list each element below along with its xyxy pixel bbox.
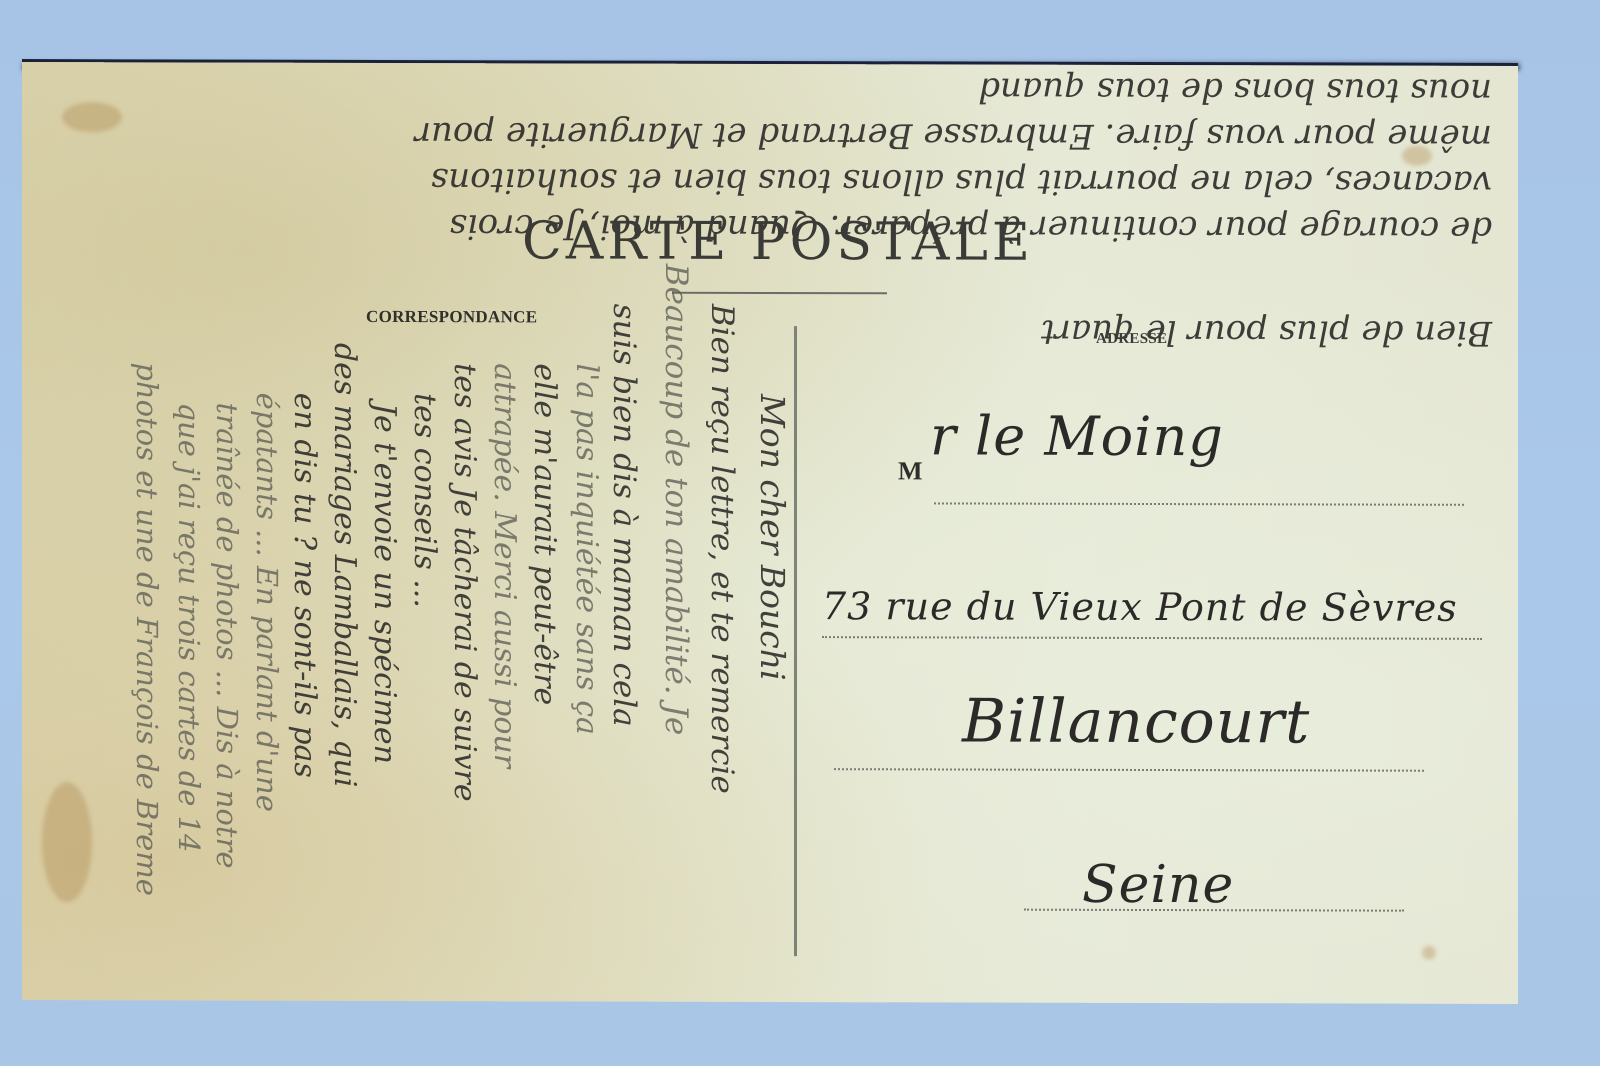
printed-title: CARTE POSTALE [522,211,1122,273]
message-column: en dis tu ? ne sont-ils pas [287,393,322,778]
paper-stain [42,782,92,902]
message-line: Bien de plus pour le quart [52,306,1512,356]
address-rule [934,502,1464,506]
message-column: Mon cher Bouchi [753,394,792,681]
paper-stain [62,102,122,132]
message-line: nous tous bons de tous quand [52,64,1512,114]
message-line: même pour vous faire. Embrasse Bertrand … [52,110,1512,160]
message-column: des mariages Lamballais, qui [327,343,362,788]
address-city: Billancourt [962,687,1310,758]
correspondence-label: CORRESPONDANCE [366,307,537,327]
message-column: l'a pas inquiétée sans ça [569,363,604,734]
message-column: tes avis Je tâcherai de suivre [447,363,482,802]
message-column: Je t'envoie un spécimen [367,403,402,764]
address-rule [834,768,1424,773]
message-column: photos et une de François de Breme [130,362,164,896]
message-column: traînée de photos ... Dis à notre [210,403,244,869]
message-column: elle m'aurait peut-être [527,363,562,705]
message-column: épatants ... En parlant d'une [250,393,284,812]
address-region: Seine [1082,855,1234,915]
vertical-divider [794,326,797,956]
message-column: tes conseils ... [407,393,442,608]
message-line: vacances, cela ne pourrait plus allons t… [52,156,1512,206]
message-column: Bien reçu lettre, et te remercie [704,304,740,794]
paper-stain [1402,146,1432,166]
message-column: suis bien dis à maman cela [606,304,642,727]
recipient-prefix: M [898,456,923,486]
address-label: ADRESSE [1096,331,1167,348]
address-rule [822,636,1482,641]
postcard: Bien de plus pour le quart de courage po… [22,62,1518,1004]
paper-stain [1422,946,1436,960]
message-column: que j'ai reçu trois cartes de 14 [172,402,206,852]
address-recipient: r le Moing [930,404,1224,468]
message-column: attrapée. Merci aussi pour [487,363,522,768]
message-column: Beaucoup de ton amabilité. Je [658,264,694,736]
address-street: 73 rue du Vieux Pont de Sèvres [822,584,1458,630]
address-rule [1024,909,1404,913]
